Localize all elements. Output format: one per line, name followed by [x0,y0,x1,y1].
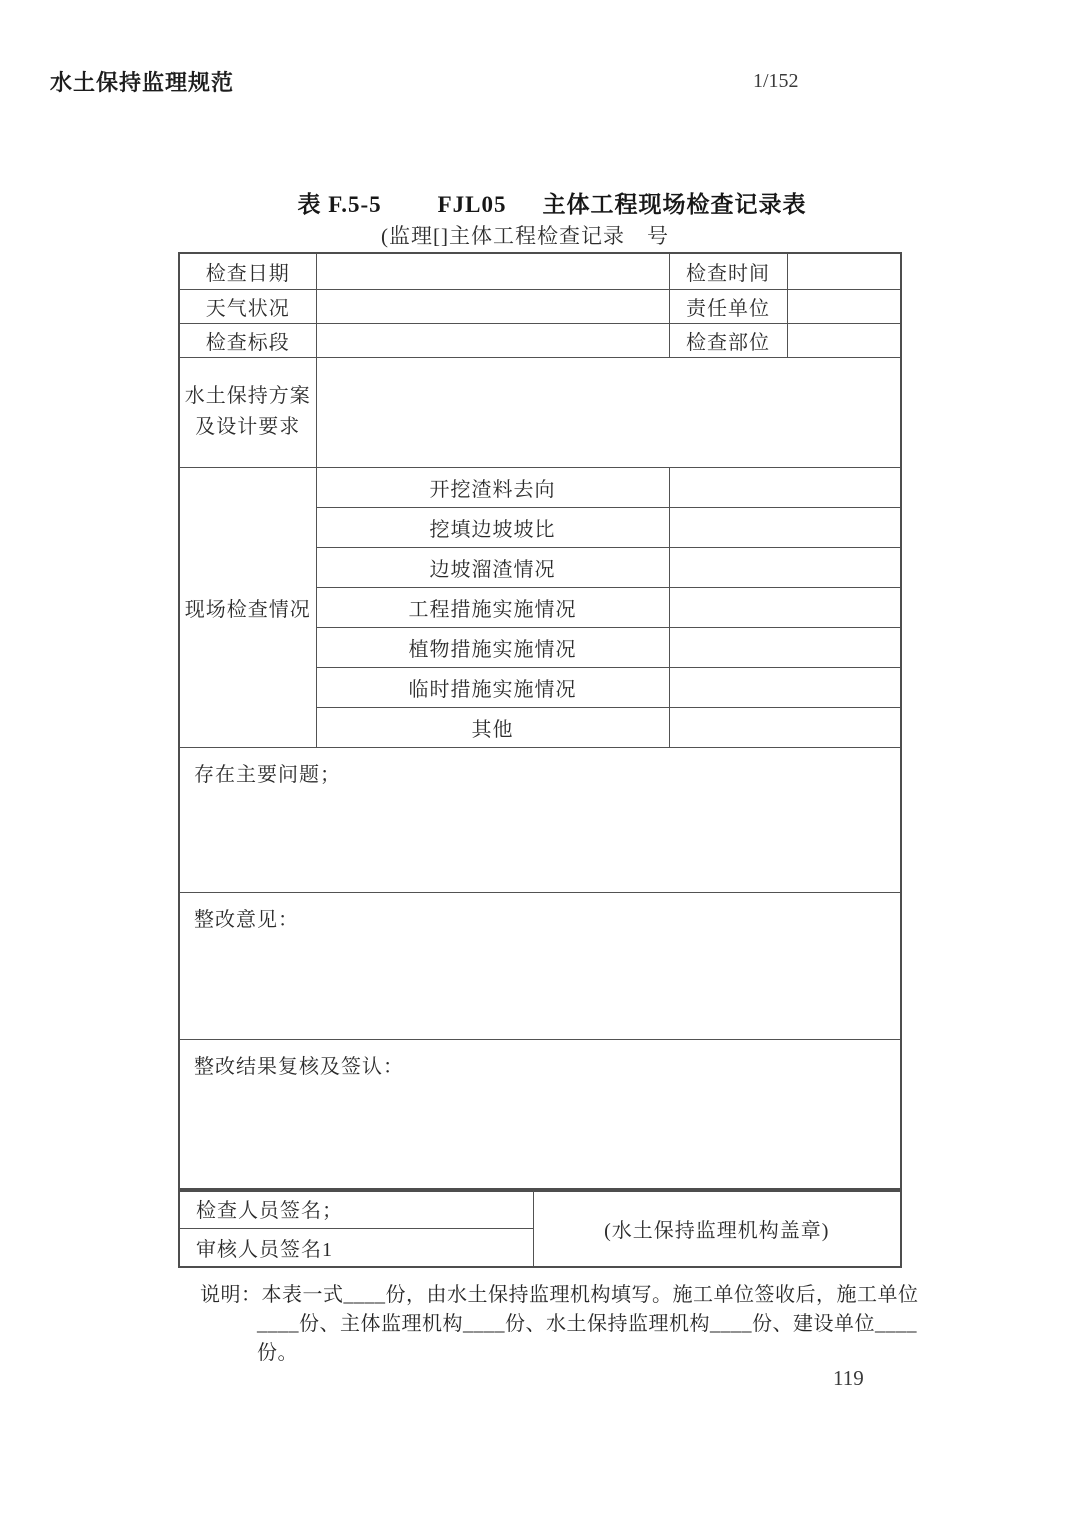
plan-requirements-label: 水土保持方案 及设计要求 [179,357,316,467]
document-header-title: 水土保持监理规范 [50,66,234,97]
item-slope-slag-label: 边坡溜渣情况 [316,547,669,587]
item-slope-ratio-label: 挖填边坡坡比 [316,507,669,547]
main-problems-row: 存在主要问题； [179,747,901,892]
supervision-agency-stamp-label: (水土保持监理机构盖章) [533,1189,901,1267]
form-footnote: 说明：本表一式____份，由水土保持监理机构填写。施工单位签收后，施工单位 __… [200,1281,930,1368]
footnote-line-1: 说明：本表一式____份，由水土保持监理机构填写。施工单位签收后，施工单位 [200,1281,930,1310]
responsible-unit-label: 责任单位 [669,289,787,323]
rectification-result-row: 整改结果复核及签认： [179,1039,901,1191]
check-time-label: 检查时间 [669,253,787,289]
check-location-label: 检查部位 [669,323,787,357]
item-plant-measures-label: 植物措施实施情况 [316,627,669,667]
page-number: 119 [833,1366,864,1391]
item-slope-ratio-value-cell [669,507,901,547]
item-slope-slag-value-cell [669,547,901,587]
item-engineering-measures-value-cell [669,587,901,627]
rectification-opinion-label: 整改意见： [179,892,901,1039]
check-time-value-cell [787,253,901,289]
rectification-result-label: 整改结果复核及签认： [179,1039,901,1191]
form-title-name: 主体工程现场检查记录表 [543,186,807,219]
info-row-weather: 天气状况 责任单位 [179,289,901,323]
item-temporary-measures-label: 临时措施实施情况 [316,667,669,707]
signature-table: 检查人员签名； (水土保持监理机构盖章) 审核人员签名1 [178,1188,902,1268]
form-title-code: FJL05 [438,192,507,218]
rectification-opinion-row: 整改意见： [179,892,901,1039]
item-other-label: 其他 [316,707,669,747]
site-inspection-label: 现场检查情况 [179,467,316,747]
plan-requirements-label-line2: 及设计要求 [181,412,315,443]
footnote-line-2: ____份、主体监理机构____份、水土保持监理机构____份、建设单位____… [257,1310,930,1368]
check-date-label: 检查日期 [179,253,316,289]
inspector-signature-label: 检查人员签名； [179,1189,533,1228]
plan-requirements-label-line1: 水土保持方案 [181,381,315,412]
check-location-value-cell [787,323,901,357]
form-subtitle: (监理[]主体工程检查记录 号 [381,220,669,250]
main-problems-label: 存在主要问题； [179,747,901,892]
site-item-row: 现场检查情况 开挖渣料去向 [179,467,901,507]
weather-value-cell [316,289,669,323]
info-row-date: 检查日期 检查时间 [179,253,901,289]
responsible-unit-value-cell [787,289,901,323]
check-date-value-cell [316,253,669,289]
inspector-signature-row: 检查人员签名； (水土保持监理机构盖章) [179,1189,901,1228]
inspection-form-table: 检查日期 检查时间 天气状况 责任单位 检查标段 检查部位 水土保持方案 及设计… [178,252,902,1192]
document-page: 水土保持监理规范 1/152 表 F.5-5 FJL05 主体工程现场检查记录表… [0,0,1080,1527]
item-spoil-direction-value-cell [669,467,901,507]
page-progress-indicator: 1/152 [753,70,799,93]
weather-label: 天气状况 [179,289,316,323]
reviewer-signature-label: 审核人员签名1 [179,1228,533,1267]
plan-requirements-value-cell [316,357,901,467]
form-title: 表 F.5-5 FJL05 主体工程现场检查记录表 [12,186,1080,219]
check-section-value-cell [316,323,669,357]
check-section-label: 检查标段 [179,323,316,357]
item-other-value-cell [669,707,901,747]
item-engineering-measures-label: 工程措施实施情况 [316,587,669,627]
item-spoil-direction-label: 开挖渣料去向 [316,467,669,507]
info-row-section: 检查标段 检查部位 [179,323,901,357]
item-temporary-measures-value-cell [669,667,901,707]
item-plant-measures-value-cell [669,627,901,667]
form-title-table-number: 表 F.5-5 [298,186,382,219]
plan-requirements-row: 水土保持方案 及设计要求 [179,357,901,467]
